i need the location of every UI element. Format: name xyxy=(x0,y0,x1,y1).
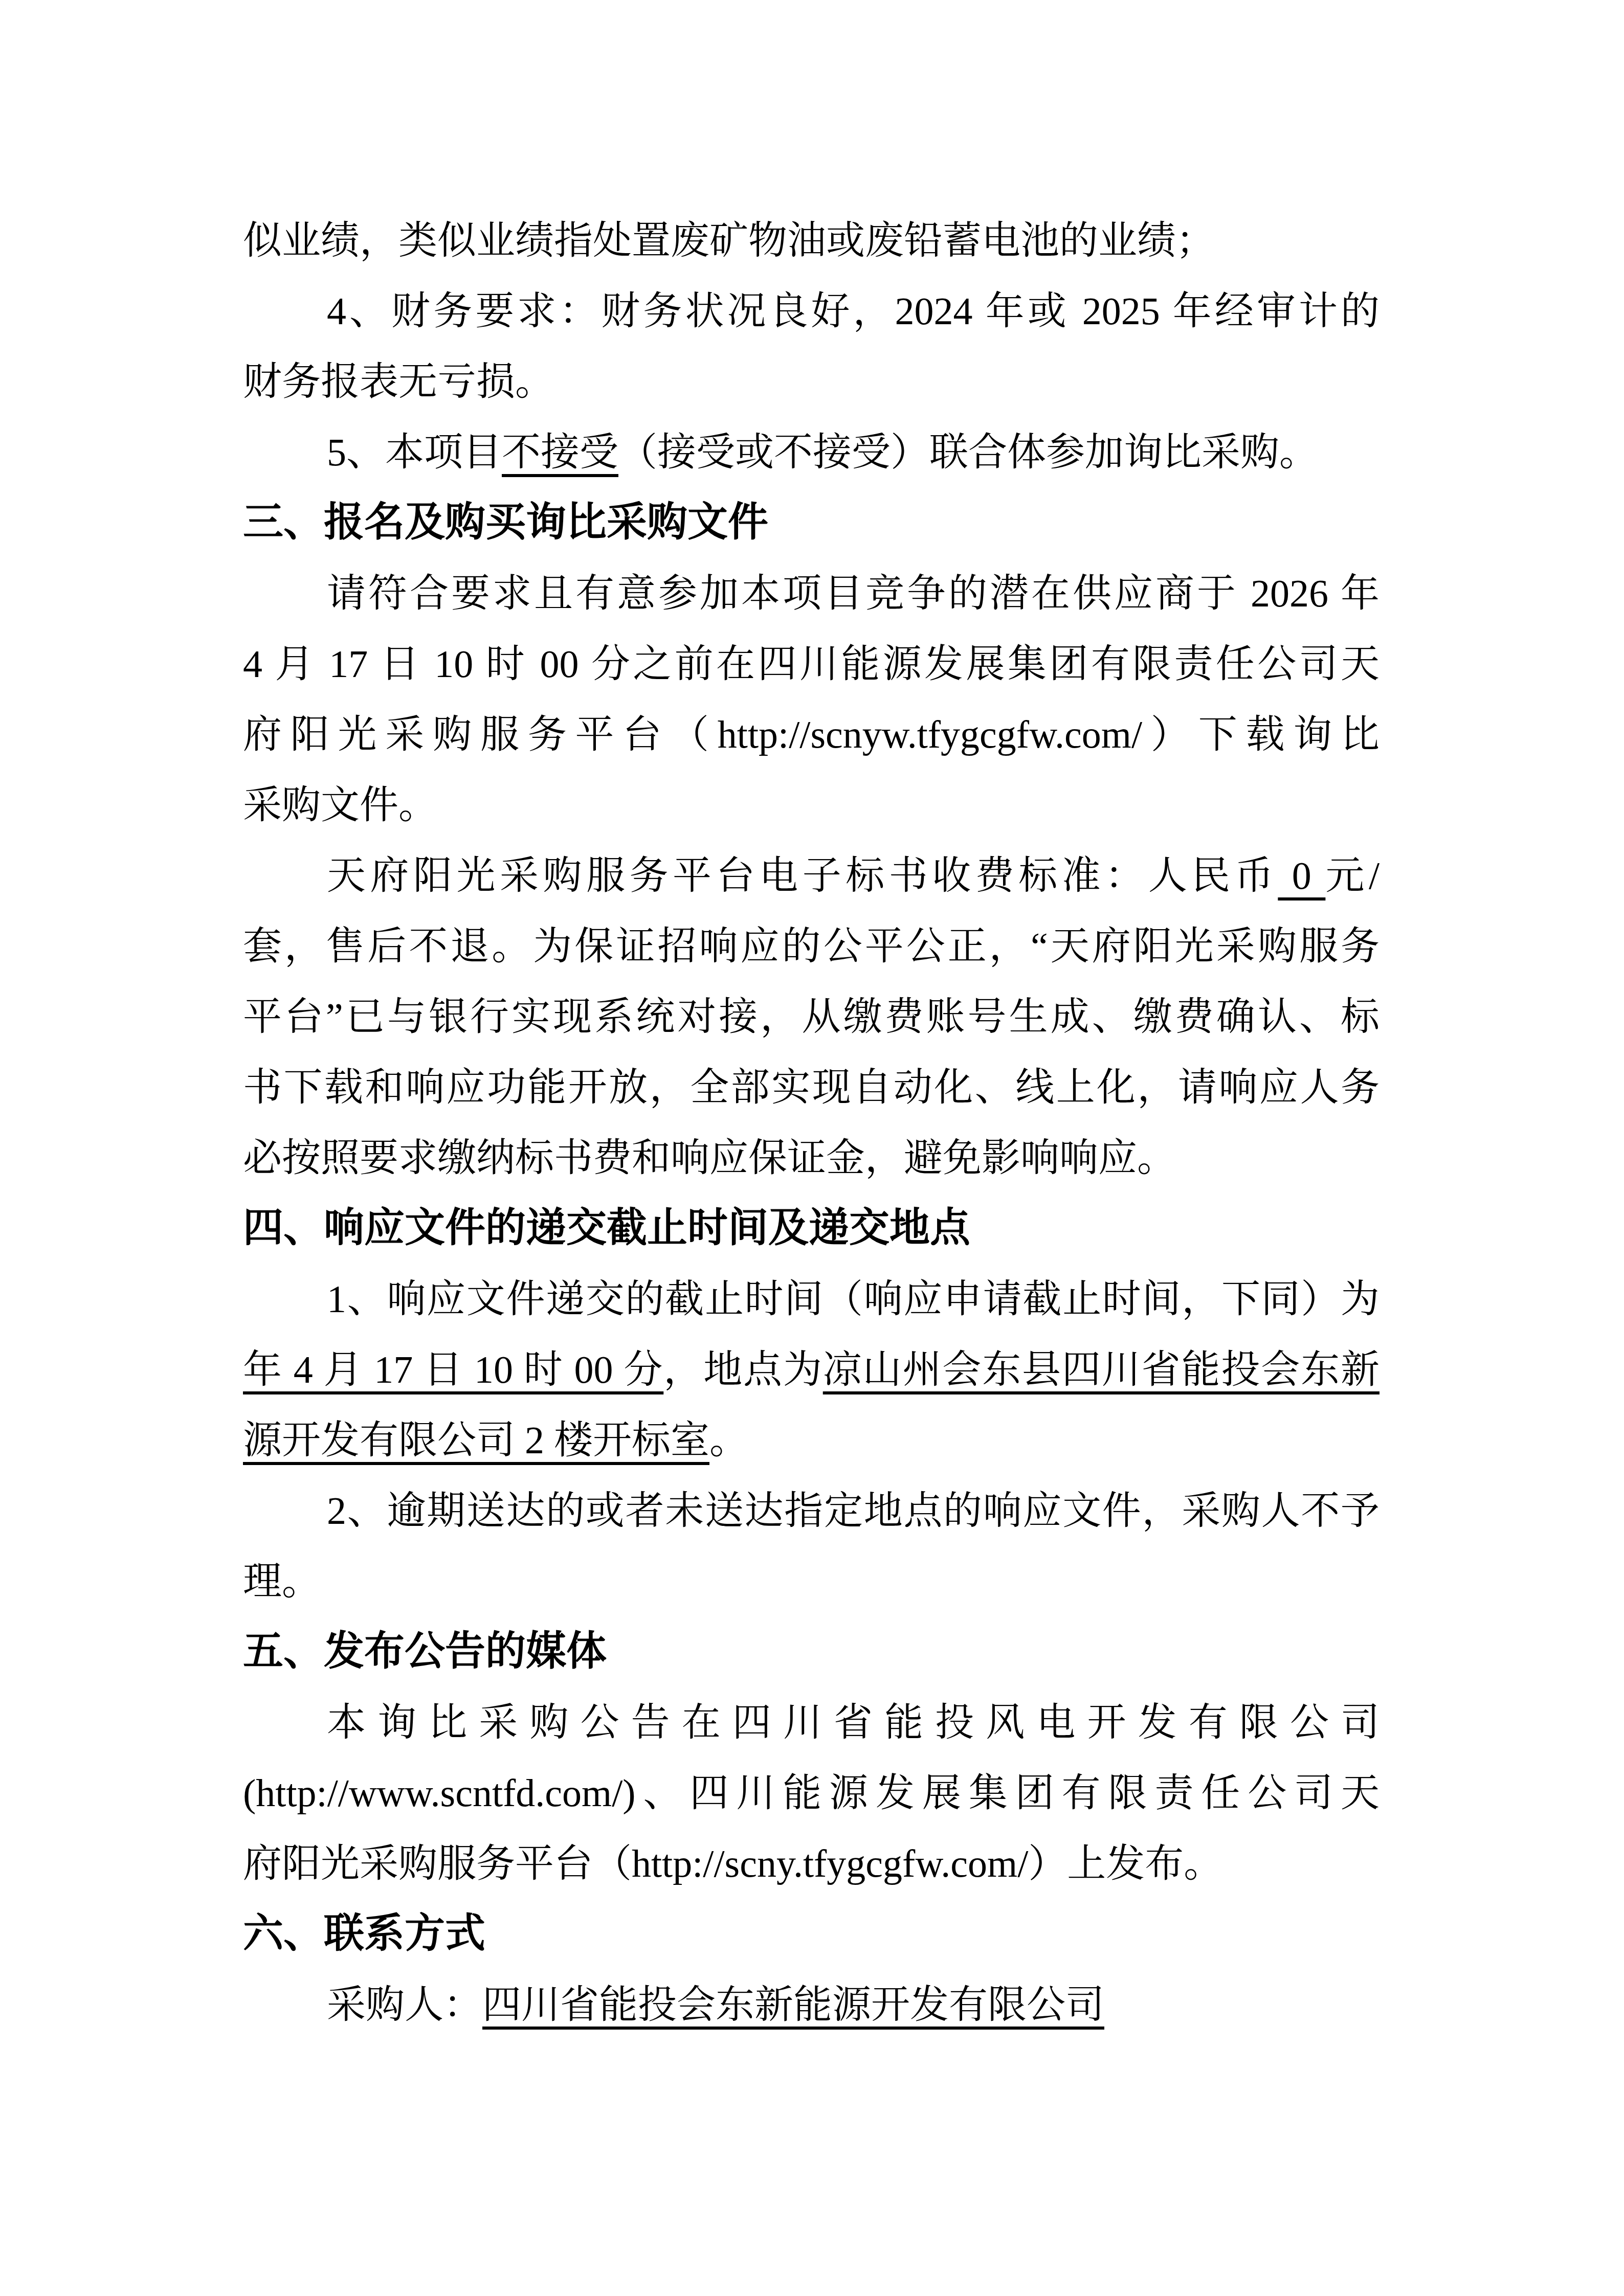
section-heading: 六、联系方式 xyxy=(243,1899,1380,1970)
text-segment: 似业绩，类似业绩指处置废矿物油或废铅蓄电池的业绩； xyxy=(243,219,1215,262)
paragraph-line: (http://www.scntfd.com/)、四川能源发展集团有限责任公司天 xyxy=(243,1758,1380,1829)
text-segment: 平台”已与银行实现系统对接，从缴费账号生成、缴费确认、标 xyxy=(243,996,1380,1039)
text-segment: 理。 xyxy=(243,1560,321,1603)
text-segment: 三、报名及购买询比采购文件 xyxy=(243,501,768,545)
text-segment: 采购人： xyxy=(327,1984,482,2027)
text-segment: 请符合要求且有意参加本项目竞争的潜在供应商于 2026 年 xyxy=(327,572,1380,615)
text-segment: 府阳光采购服务平台（http://scny.tfygcgfw.com/）上发布。 xyxy=(243,1842,1222,1885)
text-segment: 本询比采购公告在四川省能投风电开发有限公司 xyxy=(327,1701,1380,1744)
text-segment: （接受或不接受）联合体参加询比采购。 xyxy=(618,431,1318,474)
paragraph-line: 5、本项目不接受（接受或不接受）联合体参加询比采购。 xyxy=(243,417,1380,488)
document-page: 似业绩，类似业绩指处置废矿物油或废铅蓄电池的业绩； 4、财务要求：财务状况良好，… xyxy=(0,0,1624,2296)
paragraph-line: 书下载和响应功能开放，全部实现自动化、线上化，请响应人务 xyxy=(243,1052,1380,1123)
text-segment: ，地点为 xyxy=(663,1348,822,1391)
paragraph-line: 采购文件。 xyxy=(243,770,1380,841)
paragraph-line: 请符合要求且有意参加本项目竞争的潜在供应商于 2026 年 xyxy=(243,558,1380,629)
text-segment: 书下载和响应功能开放，全部实现自动化、线上化，请响应人务 xyxy=(243,1066,1380,1109)
section-heading: 四、响应文件的递交截止时间及递交地点 xyxy=(243,1194,1380,1264)
text-segment: 2、逾期送达的或者未送达指定地点的响应文件，采购人不予受 xyxy=(243,1490,1380,1546)
paragraph-line: 似业绩，类似业绩指处置废矿物油或废铅蓄电池的业绩； xyxy=(243,206,1380,276)
text-segment: 五、发布公告的媒体 xyxy=(243,1630,607,1674)
text-segment: 5、本项目 xyxy=(327,431,502,474)
paragraph-line: 天府阳光采购服务平台电子标书收费标准：人民币 0 元/ xyxy=(243,841,1380,911)
text-segment: 元/ xyxy=(1325,854,1380,897)
text-segment: 4 月 17 日 10 时 00 分之前在四川能源发展集团有限责任公司天 xyxy=(243,643,1380,686)
paragraph-line: 年 4 月 17 日 10 时 00 分，地点为凉山州会东县四川省能投会东新能 xyxy=(243,1335,1380,1405)
text-segment: 天府阳光采购服务平台电子标书收费标准：人民币 xyxy=(327,854,1278,897)
paragraph-line: 采购人：四川省能投会东新能源开发有限公司 xyxy=(243,1970,1380,2040)
paragraph-line: 平台”已与银行实现系统对接，从缴费账号生成、缴费确认、标 xyxy=(243,982,1380,1052)
document-body: 似业绩，类似业绩指处置废矿物油或废铅蓄电池的业绩； 4、财务要求：财务状况良好，… xyxy=(243,206,1380,2040)
paragraph-line: 府阳光采购服务平台（http://scny.tfygcgfw.com/）上发布。 xyxy=(243,1829,1380,1899)
paragraph-line: 2、逾期送达的或者未送达指定地点的响应文件，采购人不予受 xyxy=(243,1476,1380,1546)
section-heading: 五、发布公告的媒体 xyxy=(243,1617,1380,1687)
paragraph-line: 4、财务要求：财务状况良好，2024 年或 2025 年经审计的 xyxy=(243,276,1380,347)
text-segment: 套，售后不退。为保证招响应的公平公正，“天府阳光采购服务 xyxy=(243,925,1380,968)
paragraph-line: 府阳光采购服务平台（http://scnyw.tfygcgfw.com/）下载询… xyxy=(243,700,1380,770)
text-segment: 财务报表无亏损。 xyxy=(243,361,554,403)
text-segment: 4、财务要求：财务状况良好，2024 年或 2025 年经审计的 xyxy=(327,290,1380,333)
text-segment: 1、响应文件递交的截止时间（响应申请截止时间，下同）为 xyxy=(327,1278,1380,1321)
paragraph-line: 本询比采购公告在四川省能投风电开发有限公司 xyxy=(243,1687,1380,1758)
text-segment: 府阳光采购服务平台（http://scnyw.tfygcgfw.com/）下载询… xyxy=(243,713,1380,756)
paragraph-line: 必按照要求缴纳标书费和响应保证金，避免影响响应。 xyxy=(243,1123,1380,1194)
section-heading: 三、报名及购买询比采购文件 xyxy=(243,488,1380,558)
paragraph-line: 源开发有限公司 2 楼开标室。 xyxy=(243,1405,1380,1476)
text-segment: 四、响应文件的递交截止时间及递交地点 xyxy=(243,1206,970,1251)
underlined-text-segment: 源开发有限公司 2 楼开标室 xyxy=(243,1419,709,1462)
paragraph-line: 财务报表无亏损。 xyxy=(243,347,1380,417)
text-segment: 采购文件。 xyxy=(243,784,437,827)
underlined-text-segment: 不接受 xyxy=(502,431,618,474)
text-segment: 必按照要求缴纳标书费和响应保证金，避免影响响应。 xyxy=(243,1137,1176,1180)
underlined-text-segment: 年 4 月 17 日 10 时 00 分 xyxy=(243,1348,663,1391)
underlined-text-segment: 0 xyxy=(1278,854,1325,897)
paragraph-line: 理。 xyxy=(243,1546,1380,1617)
paragraph-line: 套，售后不退。为保证招响应的公平公正，“天府阳光采购服务 xyxy=(243,911,1380,982)
underlined-text-segment: 四川省能投会东新能源开发有限公司 xyxy=(482,1984,1104,2027)
text-segment: 。 xyxy=(709,1419,748,1462)
text-segment: 六、联系方式 xyxy=(243,1912,485,1956)
paragraph-line: 1、响应文件递交的截止时间（响应申请截止时间，下同）为 2026 xyxy=(243,1264,1380,1335)
text-segment: (http://www.scntfd.com/)、四川能源发展集团有限责任公司天 xyxy=(243,1772,1380,1815)
paragraph-line: 4 月 17 日 10 时 00 分之前在四川能源发展集团有限责任公司天 xyxy=(243,629,1380,700)
